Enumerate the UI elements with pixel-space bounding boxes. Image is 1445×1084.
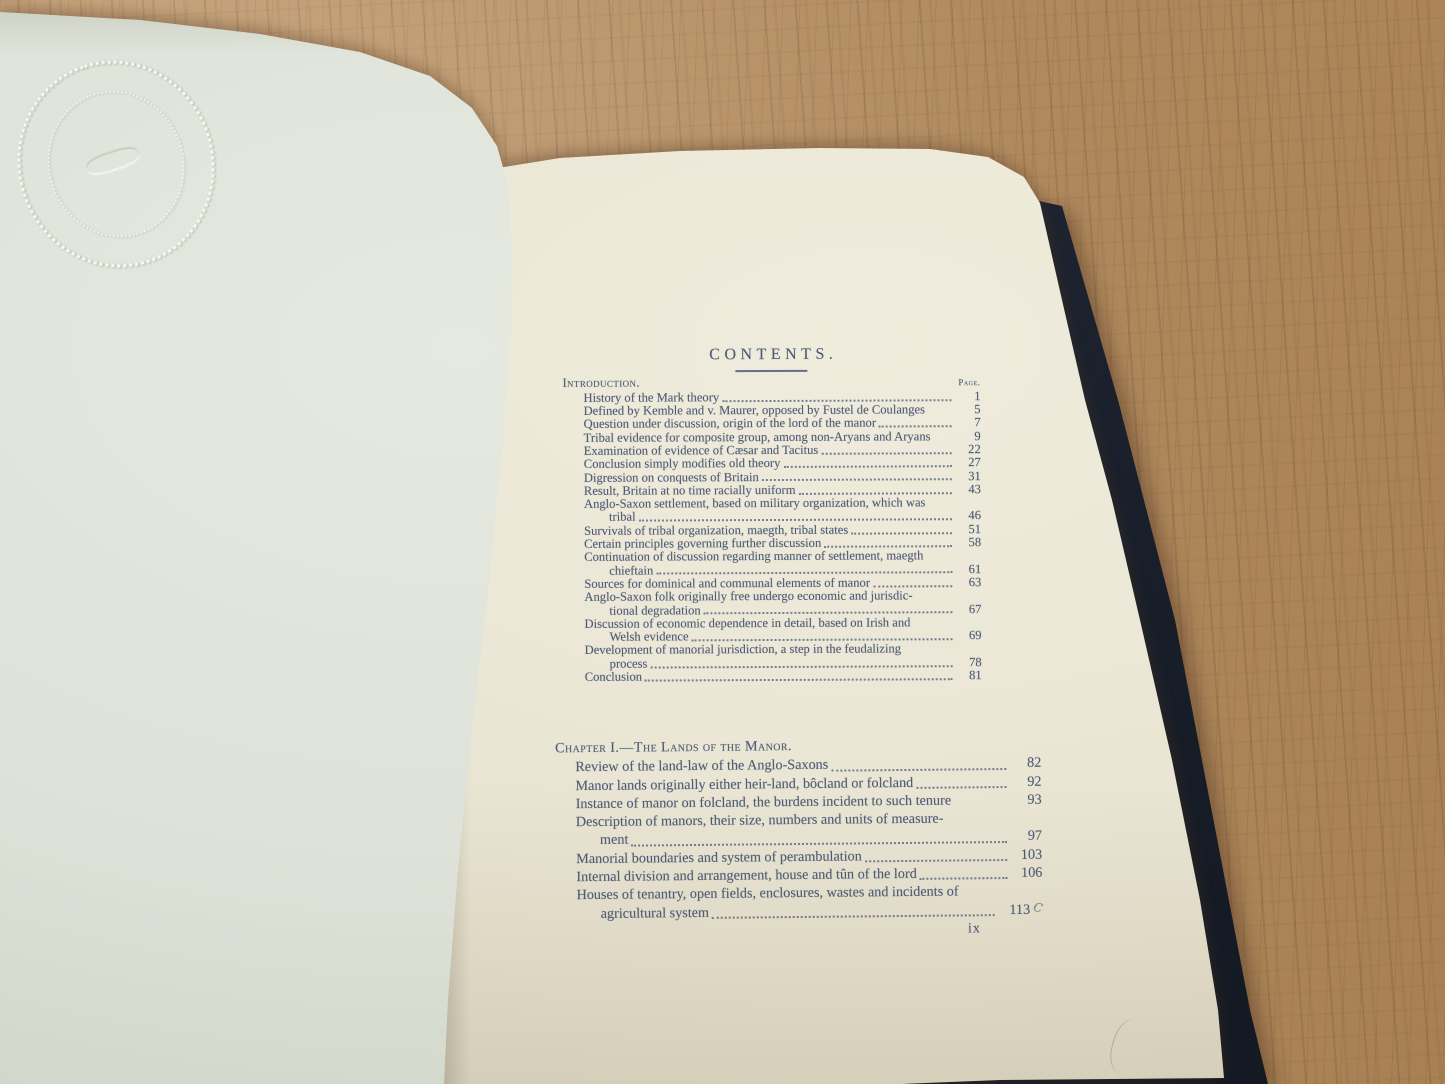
toc-entry-text: Development of manorial jurisdiction, a … [585, 643, 902, 658]
dot-leader [962, 897, 1040, 898]
dot-leader [879, 425, 952, 427]
toc-entry-text: Description of manors, their size, numbe… [576, 810, 944, 832]
dot-leader [821, 452, 951, 455]
toc-entry-text: Continuation of discussion regarding man… [584, 550, 923, 565]
page-number: 103 [1010, 845, 1042, 864]
toc-intro-rows: History of the Mark theory1Defined by Ke… [562, 390, 981, 684]
dot-leader [712, 914, 995, 919]
page-number: 63 [955, 576, 981, 589]
dot-leader [920, 877, 1008, 880]
toc-entry-text: agricultural system [601, 904, 710, 923]
page-number: 43 [955, 483, 981, 496]
toc-chapter-rows: Review of the land-law of the Anglo-Saxo… [555, 754, 1043, 923]
dot-leader [656, 572, 952, 575]
dot-leader [722, 399, 951, 402]
page-number: 92 [1009, 772, 1041, 791]
dot-leader [704, 612, 953, 615]
page-number: 67 [955, 603, 981, 616]
dot-leader [645, 678, 953, 681]
dot-leader [783, 465, 951, 468]
page-number: 113 [998, 900, 1030, 919]
dot-leader [851, 532, 952, 534]
dot-leader [799, 492, 952, 495]
page-number: 58 [955, 536, 981, 549]
dot-leader [692, 638, 953, 641]
toc-chapter-section: Chapter I.—The Lands of the Manor. Revie… [555, 735, 1043, 943]
page-title: CONTENTS. [566, 344, 980, 366]
dot-leader [650, 665, 952, 668]
dot-leader [762, 479, 952, 482]
dot-leader [865, 859, 1007, 862]
page-number: 106 [1010, 864, 1042, 883]
page-number: 82 [1009, 754, 1041, 773]
dot-leader [639, 518, 952, 521]
toc-introduction-section: CONTENTS. Introduction. Page. History of… [562, 344, 981, 684]
open-book-photo: CONTENTS. Introduction. Page. History of… [0, 0, 1445, 1084]
page-number: 93 [1010, 791, 1042, 810]
page-number: 27 [955, 456, 981, 469]
embossed-seal [0, 35, 241, 293]
page-number: 97 [1010, 827, 1042, 846]
page-number: 81 [956, 669, 982, 682]
dot-leader [916, 786, 1006, 789]
toc-entry-text: Houses of tenantry, open fields, enclosu… [576, 883, 958, 905]
page-number: 31 [955, 470, 981, 483]
page-number: 69 [956, 629, 982, 642]
dot-leader [831, 768, 1006, 772]
toc-entry-text: ment [600, 831, 629, 850]
dot-leader [824, 545, 952, 548]
page-number: 7 [955, 416, 981, 429]
section-heading-introduction: Introduction. [562, 376, 640, 390]
title-rule [735, 370, 807, 372]
toc-row: Continuation of discussion regarding man… [563, 549, 981, 564]
dot-leader [954, 806, 1007, 807]
page-number: 46 [955, 510, 981, 523]
toc-entry-text: Conclusion [585, 671, 642, 685]
toc-entry-text: Review of the land-law of the Anglo-Saxo… [575, 756, 828, 777]
toc-entry-text: tribal [609, 511, 636, 524]
toc-entry-text: Anglo-Saxon folk originally free undergo… [584, 590, 912, 605]
toc-row: Conclusion81 [564, 669, 982, 684]
dot-leader [946, 824, 1038, 825]
page-column-header: Page. [958, 376, 980, 389]
dot-leader [873, 585, 952, 587]
toc-header-row: Introduction. Page. [562, 375, 980, 391]
